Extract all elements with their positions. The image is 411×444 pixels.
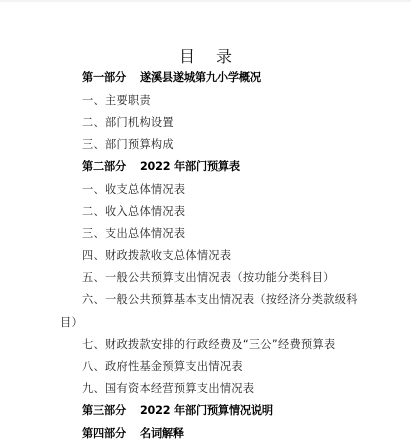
part-label: 第一部分 — [82, 71, 126, 84]
toc-item[interactable]: 二、部门机构设置 — [82, 115, 174, 131]
part-title: 2022 年部门预算表 — [140, 160, 240, 173]
toc-item[interactable]: 五、一般公共预算支出情况表（按功能分类科目） — [82, 270, 335, 286]
part-title: 2022 年部门预算情况说明 — [140, 404, 273, 417]
toc-item[interactable]: 九、国有资本经营预算支出情况表 — [82, 381, 254, 397]
toc-item[interactable]: 一、收支总体情况表 — [82, 182, 185, 198]
toc-item[interactable]: 一、主要职责 — [82, 93, 151, 109]
toc-title: 目 录 — [0, 46, 411, 68]
part-label: 第四部分 — [82, 427, 126, 440]
toc-item[interactable]: 三、支出总体情况表 — [82, 226, 185, 242]
toc-item[interactable]: 六、一般公共预算基本支出情况表（按经济分类款级科 — [82, 292, 358, 308]
toc-item[interactable]: 三、部门预算构成 — [82, 137, 174, 153]
toc-heading-part-4[interactable]: 第四部分名词解释 — [82, 426, 184, 442]
part-title: 名词解释 — [140, 427, 184, 440]
toc-item[interactable]: 四、财政拨款收支总体情况表 — [82, 248, 231, 264]
toc-heading-part-3[interactable]: 第三部分2022 年部门预算情况说明 — [82, 403, 273, 419]
toc-item[interactable]: 二、收入总体情况表 — [82, 204, 185, 220]
toc-item[interactable]: 八、政府性基金预算支出情况表 — [82, 359, 243, 375]
toc-item-continuation[interactable]: 目） — [60, 315, 83, 331]
toc-heading-part-2[interactable]: 第二部分2022 年部门预算表 — [82, 159, 240, 175]
toc-heading-part-1[interactable]: 第一部分遂溪县遂城第九小学概况 — [82, 70, 261, 86]
document-page: 目 录 第一部分遂溪县遂城第九小学概况 一、主要职责 二、部门机构设置 三、部门… — [0, 0, 411, 444]
toc-item[interactable]: 七、财政拨款安排的行政经费及“三公”经费预算表 — [82, 337, 335, 353]
part-label: 第二部分 — [82, 160, 126, 173]
part-label: 第三部分 — [82, 404, 126, 417]
part-title: 遂溪县遂城第九小学概况 — [140, 71, 261, 84]
